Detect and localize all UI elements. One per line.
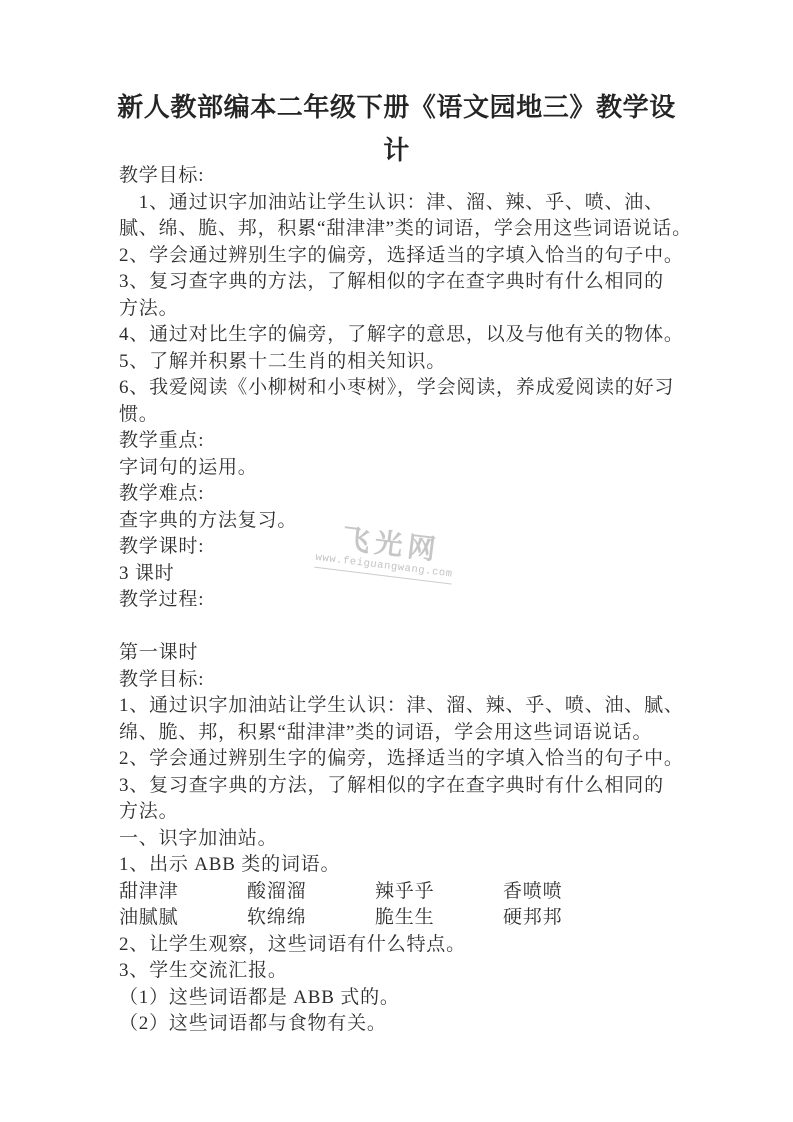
text-line: 3、复习查字典的方法，了解相似的字在查字典时有什么相同的 <box>119 269 684 296</box>
document-page: 新人教部编本二年级下册《语文园地三》教学设 计 教学目标: 1、通过识字加油站让… <box>0 0 793 1122</box>
text-line: 教学课时: <box>119 534 684 561</box>
text-line: 1、通过识字加油站让学生认识：津、溜、辣、乎、喷、油、 <box>119 190 684 217</box>
text-line: 4、通过对比生字的偏旁，了解字的意思，以及与他有关的物体。 <box>119 322 684 349</box>
text-line: 绵、脆、邦，积累“甜津津”类的词语，学会用这些词语说话。 <box>119 720 684 747</box>
text-line <box>119 614 684 641</box>
text-line: 教学目标: <box>119 667 684 694</box>
text-line: 教学重点: <box>119 428 684 455</box>
document-title: 新人教部编本二年级下册《语文园地三》教学设 计 <box>60 86 733 172</box>
text-line: 教学难点: <box>119 481 684 508</box>
text-line: 3 课时 <box>119 561 684 588</box>
text-line: 3、复习查字典的方法，了解相似的字在查字典时有什么相同的 <box>119 773 684 800</box>
text-line: 教学目标: <box>119 163 684 190</box>
word-item: 甜津津 <box>119 879 247 906</box>
word-item: 酸溜溜 <box>247 879 375 906</box>
text-line: 3、学生交流汇报。 <box>119 958 684 985</box>
word-row: 油腻腻软绵绵脆生生硬邦邦 <box>119 905 684 932</box>
text-line: 腻、绵、脆、邦，积累“甜津津”类的词语，学会用这些词语说话。 <box>119 216 684 243</box>
word-item: 辣乎乎 <box>375 879 503 906</box>
title-line-1: 新人教部编本二年级下册《语文园地三》教学设 <box>60 86 733 129</box>
text-line: 方法。 <box>119 296 684 323</box>
word-item: 硬邦邦 <box>503 905 631 932</box>
text-line: 6、我爱阅读《小柳树和小枣树》，学会阅读，养成爱阅读的好习 <box>119 375 684 402</box>
text-line: （1）这些词语都是 ABB 式的。 <box>119 985 684 1012</box>
text-line: 2、学会通过辨别生字的偏旁，选择适当的字填入恰当的句子中。 <box>119 746 684 773</box>
text-line: 方法。 <box>119 799 684 826</box>
text-line: 惯。 <box>119 402 684 429</box>
text-line: 5、了解并积累十二生肖的相关知识。 <box>119 349 684 376</box>
text-line: 字词句的运用。 <box>119 455 684 482</box>
text-line: 查字典的方法复习。 <box>119 508 684 535</box>
text-line: 第一课时 <box>119 640 684 667</box>
document-body: 教学目标: 1、通过识字加油站让学生认识：津、溜、辣、乎、喷、油、腻、绵、脆、邦… <box>119 163 684 1038</box>
text-line: 教学过程: <box>119 587 684 614</box>
text-line: 1、出示 ABB 类的词语。 <box>119 852 684 879</box>
text-line: 一、识字加油站。 <box>119 826 684 853</box>
word-item: 香喷喷 <box>503 879 631 906</box>
text-line: （2）这些词语都与食物有关。 <box>119 1011 684 1038</box>
word-row: 甜津津酸溜溜辣乎乎香喷喷 <box>119 879 684 906</box>
word-item: 软绵绵 <box>247 905 375 932</box>
text-line: 2、让学生观察，这些词语有什么特点。 <box>119 932 684 959</box>
text-line: 1、通过识字加油站让学生认识：津、溜、辣、乎、喷、油、腻、 <box>119 693 684 720</box>
word-item: 油腻腻 <box>119 905 247 932</box>
word-item: 脆生生 <box>375 905 503 932</box>
text-line: 2、学会通过辨别生字的偏旁，选择适当的字填入恰当的句子中。 <box>119 243 684 270</box>
